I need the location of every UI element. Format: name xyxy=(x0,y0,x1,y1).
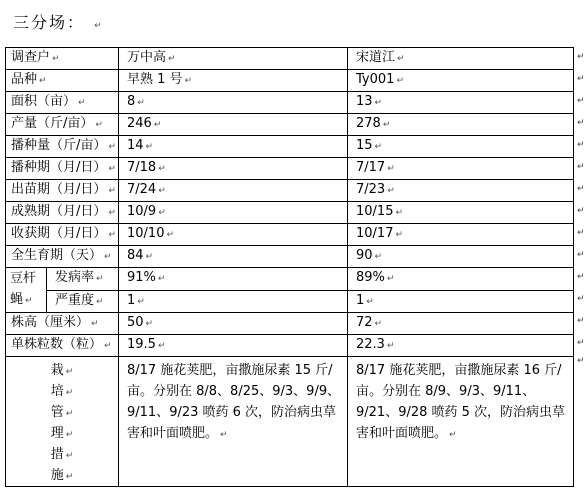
value-cell-col1: 10/10↵ xyxy=(119,224,348,246)
paragraph-mark-icon: ↵ xyxy=(449,430,457,440)
value-cell-col2: 1↵ xyxy=(348,290,574,313)
cell-value: 10/9 xyxy=(127,204,156,219)
value-cell-col1: 50↵ xyxy=(119,313,348,335)
row-end-mark-icon: ↵ xyxy=(577,294,585,304)
table-row: 单株粒数（粒）↵ 19.5↵ 22.3↵ xyxy=(6,335,574,357)
table-row: 出苗期（月/日）↵ 7/24↵ 7/23↵ xyxy=(6,180,574,202)
cell-value: 19.5 xyxy=(127,337,156,352)
paragraph-mark-icon: ↵ xyxy=(91,319,99,329)
paragraph-mark-icon: ↵ xyxy=(108,164,116,174)
cell-value: 早熟 1 号 xyxy=(127,72,183,87)
paragraph-mark-icon: ↵ xyxy=(137,98,145,108)
value-cell-col2: 宋道江↵ xyxy=(348,48,574,70)
row-label: 出苗期（月/日） xyxy=(11,182,106,197)
value-cell-col1: 14↵ xyxy=(119,136,348,158)
value-cell-col1: 万中高↵ xyxy=(119,48,348,70)
value-cell-col1: 7/18↵ xyxy=(119,158,348,180)
document-page: { "title": "三分场：", "marks": { "pm": "↵" … xyxy=(0,0,588,490)
table-row: 品种↵ 早熟 1 号↵ Ty001↵ xyxy=(6,70,574,92)
paragraph-mark-icon: ↵ xyxy=(395,208,403,218)
value-cell-col2: 90↵ xyxy=(348,246,574,268)
management-text: 8/17 施花荚肥，亩撒施尿素 16 斤/亩。分别在 8/9、9/3、9/11、… xyxy=(356,363,565,441)
pest-group-line1: 豆杆 xyxy=(10,268,42,289)
cell-value: 宋道江 xyxy=(356,50,395,65)
cell-value: 1 xyxy=(356,293,364,308)
paragraph-mark-icon: ↵ xyxy=(375,252,383,262)
label-cell: 调查户↵ xyxy=(6,48,119,70)
value-cell-col2: 15↵ xyxy=(348,136,574,158)
doc-title: 三分场： ↵ xyxy=(13,10,104,33)
value-cell-col2: 10/15↵ xyxy=(348,202,574,224)
row-end-mark-icon: ↵ xyxy=(577,52,585,62)
table-row: 播种期（月/日）↵ 7/18↵ 7/17↵ xyxy=(6,158,574,180)
doc-title-text: 三分场： xyxy=(13,13,85,32)
management-label-char: 培↵ xyxy=(10,381,114,402)
management-text-col1: 8/17 施花荚肥，亩撒施尿素 15 斤/亩。分别在 8/8、8/25、9/3、… xyxy=(119,357,348,487)
management-text-col2: 8/17 施花荚肥，亩撒施尿素 16 斤/亩。分别在 8/9、9/3、9/11、… xyxy=(348,357,574,487)
management-text: 8/17 施花荚肥，亩撒施尿素 15 斤/亩。分别在 8/8、8/25、9/3、… xyxy=(127,363,340,441)
paragraph-mark-icon: ↵ xyxy=(39,76,47,86)
paragraph-mark-icon: ↵ xyxy=(158,341,166,351)
cell-value: 278 xyxy=(356,116,381,131)
pest-group-cell: 豆杆 蝇↵ xyxy=(6,268,47,313)
row-label: 调查户 xyxy=(11,50,50,65)
label-cell: 产量（斤/亩）↵ xyxy=(6,114,119,136)
cell-value: 1 xyxy=(127,293,135,308)
row-label: 面积（亩） xyxy=(11,94,76,109)
row-end-mark-icon: ↵ xyxy=(577,356,585,366)
paragraph-mark-icon: ↵ xyxy=(146,142,154,152)
paragraph-mark-icon: ↵ xyxy=(104,341,112,351)
label-cell: 收获期（月/日）↵ xyxy=(6,224,119,246)
paragraph-mark-icon: ↵ xyxy=(387,341,395,351)
value-cell-col2: 22.3↵ xyxy=(348,335,574,357)
row-end-mark-icon: ↵ xyxy=(577,162,585,172)
paragraph-mark-icon: ↵ xyxy=(158,274,166,284)
paragraph-mark-icon: ↵ xyxy=(52,54,60,64)
paragraph-mark-icon: ↵ xyxy=(104,252,112,262)
cell-value: 万中高 xyxy=(127,50,166,65)
crop-survey-table: 调查户↵ 万中高↵ 宋道江↵ 品种↵ 早熟 1 号↵ Ty001↵ 面积（亩）↵… xyxy=(5,47,574,487)
label-cell: 成熟期（月/日）↵ xyxy=(6,202,119,224)
management-label-char: 理↵ xyxy=(10,423,114,444)
paragraph-mark-icon: ↵ xyxy=(395,230,403,240)
paragraph-mark-icon: ↵ xyxy=(66,409,74,419)
paragraph-mark-icon: ↵ xyxy=(108,208,116,218)
row-end-mark-icon: ↵ xyxy=(577,316,585,326)
label-cell: 播种量（斤/亩）↵ xyxy=(6,136,119,158)
cell-value: 50 xyxy=(127,315,144,330)
paragraph-mark-icon: ↵ xyxy=(375,319,383,329)
label-cell: 面积（亩）↵ xyxy=(6,92,119,114)
paragraph-mark-icon: ↵ xyxy=(158,186,166,196)
paragraph-mark-icon: ↵ xyxy=(387,274,395,284)
paragraph-mark-icon: ↵ xyxy=(66,451,74,461)
management-label-char: 管↵ xyxy=(10,402,114,423)
paragraph-mark-icon: ↵ xyxy=(66,430,74,440)
value-cell-col2: 7/23↵ xyxy=(348,180,574,202)
paragraph-mark-icon: ↵ xyxy=(25,296,33,306)
paragraph-mark-icon: ↵ xyxy=(66,388,74,398)
paragraph-mark-icon: ↵ xyxy=(166,230,174,240)
paragraph-mark-icon: ↵ xyxy=(96,297,104,307)
cell-value: Ty001 xyxy=(356,72,394,87)
paragraph-mark-icon: ↵ xyxy=(66,367,74,377)
paragraph-mark-icon: ↵ xyxy=(146,319,154,329)
label-cell: 单株粒数（粒）↵ xyxy=(6,335,119,357)
paragraph-mark-icon: ↵ xyxy=(397,54,405,64)
row-end-mark-icon: ↵ xyxy=(577,338,585,348)
cell-value: 22.3 xyxy=(356,337,385,352)
value-cell-col2: 7/17↵ xyxy=(348,158,574,180)
value-cell-col2: 278↵ xyxy=(348,114,574,136)
label-cell: 发病率↵ xyxy=(47,268,119,291)
table-row: 播种量（斤/亩）↵ 14↵ 15↵ xyxy=(6,136,574,158)
value-cell-col1: 84↵ xyxy=(119,246,348,268)
paragraph-mark-icon: ↵ xyxy=(396,76,404,86)
value-cell-col2: Ty001↵ xyxy=(348,70,574,92)
paragraph-mark-icon: ↵ xyxy=(366,297,374,307)
label-cell: 出苗期（月/日）↵ xyxy=(6,180,119,202)
cell-value: 13 xyxy=(356,94,373,109)
value-cell-col2: 13↵ xyxy=(348,92,574,114)
paragraph-mark-icon: ↵ xyxy=(375,98,383,108)
value-cell-col1: 10/9↵ xyxy=(119,202,348,224)
value-cell-col1: 7/24↵ xyxy=(119,180,348,202)
row-end-mark-icon: ↵ xyxy=(577,272,585,282)
label-cell: 株高（厘米）↵ xyxy=(6,313,119,335)
value-cell-col1: 早熟 1 号↵ xyxy=(119,70,348,92)
row-end-mark-icon: ↵ xyxy=(577,74,585,84)
paragraph-mark-icon: ↵ xyxy=(108,186,116,196)
paragraph-mark-icon: ↵ xyxy=(185,76,193,86)
table-row: 株高（厘米）↵ 50↵ 72↵ xyxy=(6,313,574,335)
value-cell-col1: 91%↵ xyxy=(119,268,348,291)
table-row: 成熟期（月/日）↵ 10/9↵ 10/15↵ xyxy=(6,202,574,224)
paragraph-mark-icon: ↵ xyxy=(95,120,103,130)
cell-value: 10/17 xyxy=(356,226,393,241)
paragraph-mark-icon: ↵ xyxy=(220,430,228,440)
value-cell-col1: 8↵ xyxy=(119,92,348,114)
cell-value: 8 xyxy=(127,94,135,109)
value-cell-col2: 72↵ xyxy=(348,313,574,335)
label-cell: 全生育期（天）↵ xyxy=(6,246,119,268)
cell-value: 14 xyxy=(127,138,144,153)
table-row: 产量（斤/亩）↵ 246↵ 278↵ xyxy=(6,114,574,136)
row-end-mark-icon: ↵ xyxy=(577,140,585,150)
paragraph-mark-icon: ↵ xyxy=(158,164,166,174)
paragraph-mark-icon: ↵ xyxy=(96,274,104,284)
row-end-mark-icon: ↵ xyxy=(577,118,585,128)
paragraph-mark-icon: ↵ xyxy=(146,252,154,262)
table-row: 收获期（月/日）↵ 10/10↵ 10/17↵ xyxy=(6,224,574,246)
value-cell-col1: 19.5↵ xyxy=(119,335,348,357)
paragraph-mark-icon: ↵ xyxy=(108,142,116,152)
paragraph-mark-icon: ↵ xyxy=(137,297,145,307)
cell-value: 10/15 xyxy=(356,204,393,219)
management-label-char: 措↵ xyxy=(10,444,114,465)
cell-value: 246 xyxy=(127,116,152,131)
table-row: 面积（亩）↵ 8↵ 13↵ xyxy=(6,92,574,114)
cell-value: 7/24 xyxy=(127,182,156,197)
table-row-management: 栽↵ 培↵ 管↵ 理↵ 措↵ 施↵ 8/17 施花荚肥，亩撒施尿素 15 斤/亩… xyxy=(6,357,574,487)
row-end-mark-icon: ↵ xyxy=(577,228,585,238)
value-cell-col2: 10/17↵ xyxy=(348,224,574,246)
row-end-mark-icon: ↵ xyxy=(577,250,585,260)
cell-value: 72 xyxy=(356,315,373,330)
paragraph-mark-icon: ↵ xyxy=(383,120,391,130)
paragraph-mark-icon: ↵ xyxy=(387,186,395,196)
row-label: 品种 xyxy=(11,72,37,87)
paragraph-mark-icon: ↵ xyxy=(108,230,116,240)
management-label-cell: 栽↵ 培↵ 管↵ 理↵ 措↵ 施↵ xyxy=(6,357,119,487)
table-row: 全生育期（天）↵ 84↵ 90↵ xyxy=(6,246,574,268)
pest-group-line2: 蝇↵ xyxy=(10,289,42,312)
row-label: 发病率 xyxy=(55,270,94,285)
row-label: 播种量（斤/亩） xyxy=(11,138,106,153)
row-label: 播种期（月/日） xyxy=(11,160,106,175)
row-end-mark-icon: ↵ xyxy=(577,184,585,194)
cell-value: 7/23 xyxy=(356,182,385,197)
paragraph-mark-icon: ↵ xyxy=(78,98,86,108)
row-end-mark-icon: ↵ xyxy=(577,96,585,106)
paragraph-mark-icon: ↵ xyxy=(168,54,176,64)
management-label-char: 施↵ xyxy=(10,465,114,486)
cell-value: 10/10 xyxy=(127,226,164,241)
cell-value: 15 xyxy=(356,138,373,153)
table-row-pest: 豆杆 蝇↵ 发病率↵ 91%↵ 89%↵ xyxy=(6,268,574,291)
row-label: 株高（厘米） xyxy=(11,315,89,330)
value-cell-col1: 1↵ xyxy=(119,290,348,313)
management-label-char: 栽↵ xyxy=(10,360,114,381)
paragraph-mark-icon: ↵ xyxy=(158,208,166,218)
cell-value: 90 xyxy=(356,248,373,263)
cell-value: 89% xyxy=(356,270,385,285)
label-cell: 播种期（月/日）↵ xyxy=(6,158,119,180)
row-label: 产量（斤/亩） xyxy=(11,116,93,131)
paragraph-mark-icon: ↵ xyxy=(154,120,162,130)
paragraph-mark-icon: ↵ xyxy=(387,164,395,174)
row-label: 全生育期（天） xyxy=(11,248,102,263)
cell-value: 7/18 xyxy=(127,160,156,175)
paragraph-mark-icon: ↵ xyxy=(375,142,383,152)
value-cell-col1: 246↵ xyxy=(119,114,348,136)
cell-value: 7/17 xyxy=(356,160,385,175)
row-label: 成熟期（月/日） xyxy=(11,204,106,219)
table-row-pest: 严重度↵ 1↵ 1↵ xyxy=(6,290,574,313)
row-label: 严重度 xyxy=(55,293,94,308)
paragraph-mark-icon: ↵ xyxy=(94,21,104,31)
table-row: 调查户↵ 万中高↵ 宋道江↵ xyxy=(6,48,574,70)
cell-value: 84 xyxy=(127,248,144,263)
label-cell: 严重度↵ xyxy=(47,290,119,313)
label-cell: 品种↵ xyxy=(6,70,119,92)
value-cell-col2: 89%↵ xyxy=(348,268,574,291)
paragraph-mark-icon: ↵ xyxy=(66,472,74,482)
row-label: 单株粒数（粒） xyxy=(11,337,102,352)
row-label: 收获期（月/日） xyxy=(11,226,106,241)
row-end-mark-icon: ↵ xyxy=(577,206,585,216)
cell-value: 91% xyxy=(127,270,156,285)
